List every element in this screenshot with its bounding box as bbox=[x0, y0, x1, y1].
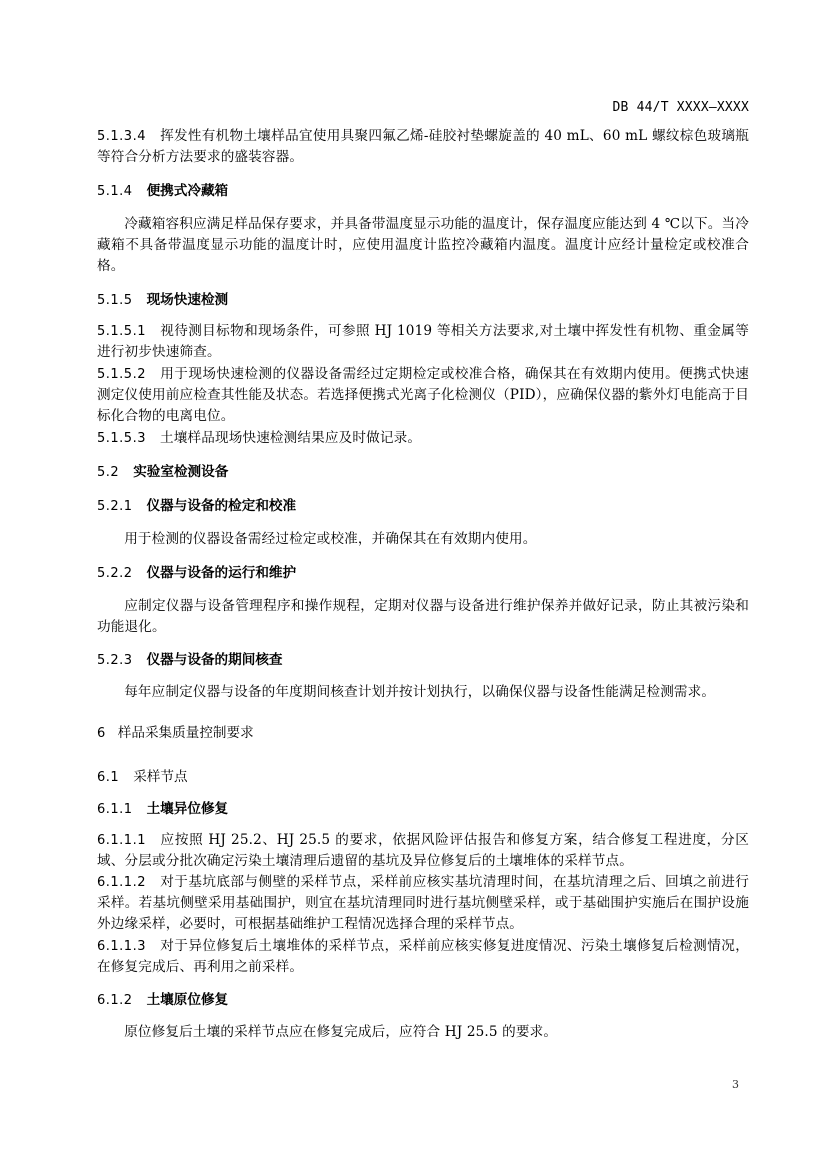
clause-6-1-1-3: 6.1.1.3对于异位修复后土壤堆体的采样节点，采样前应核实修复进度情况、污染土… bbox=[97, 936, 749, 978]
page-number: 3 bbox=[732, 1078, 739, 1091]
clause-text: 对于异位修复后土壤堆体的采样节点，采样前应核实修复进度情况、污染土壤修复后检测情… bbox=[97, 938, 749, 975]
heading-5-1-4: 5.1.4便携式冷藏箱 bbox=[97, 181, 749, 202]
heading-title: 土壤异位修复 bbox=[147, 801, 229, 817]
clause-text: 对于基坑底部与侧壁的采样节点，采样前应核实基坑清理时间，在基坑清理之后、回填之前… bbox=[97, 874, 749, 932]
heading-6-1-1: 6.1.1土壤异位修复 bbox=[97, 799, 749, 820]
clause-text: 挥发性有机物土壤样品宜使用具聚四氟乙烯-硅胶衬垫螺旋盖的 40 mL、60 mL… bbox=[97, 128, 749, 165]
heading-6-1-2: 6.1.2土壤原位修复 bbox=[97, 990, 749, 1011]
paragraph-5-1-4: 冷藏箱容积应满足样品保存要求，并具备带温度显示功能的温度计，保存温度应能达到 4… bbox=[97, 214, 749, 277]
heading-5-2-2: 5.2.2仪器与设备的运行和维护 bbox=[97, 563, 749, 584]
heading-number: 5.1.5 bbox=[97, 293, 133, 308]
paragraph-5-2-1: 用于检测的仪器设备需经过检定或校准，并确保其在有效期内使用。 bbox=[97, 529, 749, 550]
chapter-6-heading: 6样品采集质量控制要求 bbox=[97, 723, 749, 744]
clause-number: 6.1.1.2 bbox=[97, 875, 146, 890]
heading-title: 仪器与设备的期间核查 bbox=[147, 652, 283, 668]
heading-5-2-1: 5.2.1仪器与设备的检定和校准 bbox=[97, 496, 749, 517]
clause-6-1-1-2: 6.1.1.2对于基坑底部与侧壁的采样节点，采样前应核实基坑清理时间，在基坑清理… bbox=[97, 872, 749, 935]
clause-number: 5.1.5.1 bbox=[97, 324, 146, 339]
heading-number: 6.1.2 bbox=[97, 993, 133, 1008]
heading-5-1-5: 5.1.5现场快速检测 bbox=[97, 290, 749, 311]
heading-5-2: 5.2实验室检测设备 bbox=[97, 462, 749, 483]
clause-number: 6.1.1.1 bbox=[97, 833, 146, 848]
heading-number: 5.2.1 bbox=[97, 499, 133, 514]
heading-number: 5.2.3 bbox=[97, 653, 133, 668]
standard-code: DB 44/T XXXX—XXXX bbox=[613, 100, 749, 115]
heading-number: 5.2.2 bbox=[97, 566, 133, 581]
heading-title: 实验室检测设备 bbox=[133, 464, 228, 480]
clause-number: 5.1.3.4 bbox=[97, 129, 146, 144]
clause-text: 视待测目标物和现场条件，可参照 HJ 1019 等相关方法要求,对土壤中挥发性有… bbox=[97, 323, 749, 360]
heading-title: 仪器与设备的运行和维护 bbox=[147, 565, 297, 581]
paragraph-5-2-2: 应制定仪器与设备管理程序和操作规程，定期对仪器与设备进行维护保养并做好记录，防止… bbox=[97, 596, 749, 638]
heading-title: 土壤原位修复 bbox=[147, 992, 229, 1008]
clause-text: 土壤样品现场快速检测结果应及时做记录。 bbox=[160, 430, 421, 446]
chapter-title: 样品采集质量控制要求 bbox=[118, 725, 254, 741]
clause-5-1-3-4: 5.1.3.4挥发性有机物土壤样品宜使用具聚四氟乙烯-硅胶衬垫螺旋盖的 40 m… bbox=[97, 126, 749, 168]
clause-text: 用于现场快速检测的仪器设备需经过定期检定或校准合格，确保其在有效期内使用。便携式… bbox=[97, 366, 749, 424]
paragraph-6-1-2: 原位修复后土壤的采样节点应在修复完成后，应符合 HJ 25.5 的要求。 bbox=[97, 1022, 749, 1043]
clause-number: 5.1.5.2 bbox=[97, 367, 146, 382]
heading-title: 仪器与设备的检定和校准 bbox=[147, 498, 297, 514]
heading-number: 5.2 bbox=[97, 465, 119, 480]
clause-5-1-5-1: 5.1.5.1视待测目标物和现场条件，可参照 HJ 1019 等相关方法要求,对… bbox=[97, 321, 749, 363]
heading-number: 6.1 bbox=[97, 770, 119, 785]
clause-text: 应按照 HJ 25.2、HJ 25.5 的要求，依据风险评估报告和修复方案，结合… bbox=[97, 832, 749, 869]
heading-number: 6.1.1 bbox=[97, 802, 133, 817]
heading-number: 5.1.4 bbox=[97, 184, 133, 199]
heading-5-2-3: 5.2.3仪器与设备的期间核查 bbox=[97, 650, 749, 671]
clause-5-1-5-2: 5.1.5.2用于现场快速检测的仪器设备需经过定期检定或校准合格，确保其在有效期… bbox=[97, 364, 749, 427]
clause-number: 6.1.1.3 bbox=[97, 939, 146, 954]
chapter-number: 6 bbox=[97, 726, 106, 741]
heading-title: 现场快速检测 bbox=[147, 292, 229, 308]
heading-title: 便携式冷藏箱 bbox=[147, 183, 229, 199]
heading-title: 采样节点 bbox=[133, 769, 187, 785]
paragraph-5-2-3: 每年应制定仪器与设备的年度期间核查计划并按计划执行，以确保仪器与设备性能满足检测… bbox=[97, 682, 749, 703]
clause-number: 5.1.5.3 bbox=[97, 431, 146, 446]
clause-5-1-5-3: 5.1.5.3土壤样品现场快速检测结果应及时做记录。 bbox=[97, 428, 749, 449]
heading-6-1: 6.1采样节点 bbox=[97, 767, 749, 788]
clause-6-1-1-1: 6.1.1.1应按照 HJ 25.2、HJ 25.5 的要求，依据风险评估报告和… bbox=[97, 830, 749, 872]
